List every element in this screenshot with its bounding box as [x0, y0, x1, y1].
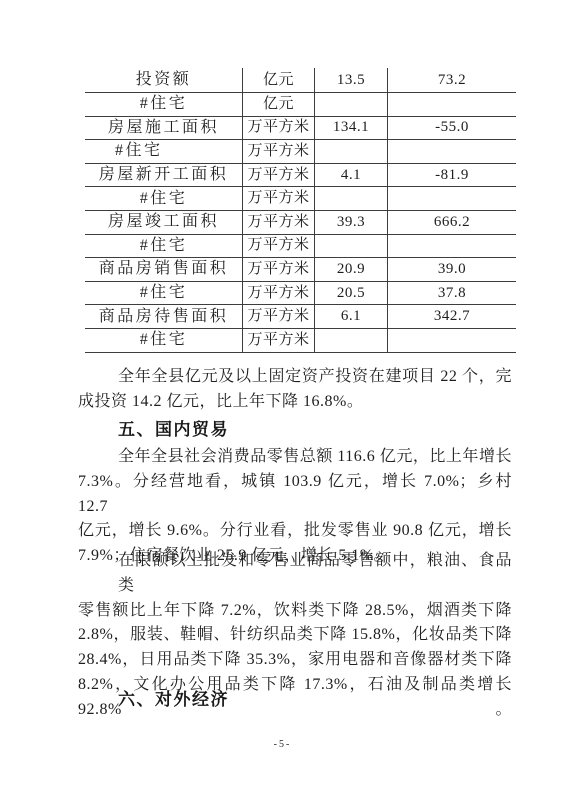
- indicator-cell: 房屋新开工面积: [85, 164, 243, 187]
- growth-cell: 39.0: [388, 258, 516, 281]
- value-cell: 39.3: [315, 211, 388, 234]
- growth-cell: -55.0: [388, 117, 516, 140]
- growth-cell: 73.2: [388, 68, 516, 92]
- document-page: 投资额 亿元 13.5 73.2 #住宅 亿元 房屋施工面积 万平方米 134.…: [0, 0, 565, 800]
- paragraph-line: 零售额比上年下降 7.2%，饮料类下降 28.5%，烟酒类下降: [78, 599, 512, 624]
- section-heading-foreign-economy: 六、对外经济: [78, 687, 512, 712]
- paragraph-line: 28.4%，日用品类下降 35.3%，家用电器和音像器材类下降: [78, 648, 512, 673]
- value-cell: 13.5: [315, 68, 388, 92]
- table-row: #住宅 亿元: [85, 93, 516, 117]
- unit-cell: 万平方米: [243, 140, 315, 163]
- growth-cell: 37.8: [388, 282, 516, 305]
- statistics-table: 投资额 亿元 13.5 73.2 #住宅 亿元 房屋施工面积 万平方米 134.…: [85, 68, 516, 353]
- table-row: 投资额 亿元 13.5 73.2: [85, 68, 516, 93]
- value-cell: 6.1: [315, 305, 388, 328]
- value-cell: [315, 187, 388, 210]
- growth-cell: -81.9: [388, 164, 516, 187]
- value-cell: [315, 329, 388, 352]
- indicator-cell: 投资额: [85, 68, 243, 92]
- value-cell: [315, 93, 388, 116]
- paragraph-line: 成投资 14.2 亿元，比上年下降 16.8%。: [78, 390, 512, 415]
- indicator-cell: 商品房销售面积: [85, 258, 243, 281]
- value-cell: [315, 140, 388, 163]
- unit-cell: 亿元: [243, 93, 315, 116]
- table-row: 房屋竣工面积 万平方米 39.3 666.2: [85, 211, 516, 235]
- unit-cell: 万平方米: [243, 117, 315, 140]
- indicator-cell: #住宅: [85, 282, 243, 305]
- table-row: #住宅 万平方米: [85, 140, 516, 164]
- indicator-cell: #住宅: [85, 329, 243, 352]
- growth-cell: [388, 93, 516, 116]
- unit-cell: 万平方米: [243, 211, 315, 234]
- table-row: 房屋施工面积 万平方米 134.1 -55.0: [85, 117, 516, 141]
- unit-cell: 万平方米: [243, 282, 315, 305]
- growth-cell: [388, 140, 516, 163]
- indicator-cell: #住宅: [85, 140, 243, 163]
- section-heading-domestic-trade: 五、国内贸易: [78, 417, 512, 442]
- indicator-cell: #住宅: [85, 187, 243, 210]
- indicator-cell: #住宅: [85, 93, 243, 116]
- table-row: 房屋新开工面积 万平方米 4.1 -81.9: [85, 164, 516, 188]
- growth-cell: 342.7: [388, 305, 516, 328]
- growth-cell: 666.2: [388, 211, 516, 234]
- unit-cell: 亿元: [243, 68, 315, 92]
- table-row: #住宅 万平方米: [85, 235, 516, 259]
- table-row: #住宅 万平方米: [85, 187, 516, 211]
- table-row: #住宅 万平方米: [85, 329, 516, 353]
- page-number: -5-: [0, 739, 565, 750]
- growth-cell: [388, 187, 516, 210]
- value-cell: 134.1: [315, 117, 388, 140]
- value-cell: [315, 235, 388, 258]
- growth-cell: [388, 235, 516, 258]
- value-cell: 20.5: [315, 282, 388, 305]
- indicator-cell: #住宅: [85, 235, 243, 258]
- indicator-cell: 房屋施工面积: [85, 117, 243, 140]
- unit-cell: 万平方米: [243, 305, 315, 328]
- value-cell: 4.1: [315, 164, 388, 187]
- unit-cell: 万平方米: [243, 329, 315, 352]
- indicator-cell: 房屋竣工面积: [85, 211, 243, 234]
- paragraph-line: 全年全县社会消费品零售总额 116.6 亿元，比上年增长: [78, 445, 512, 470]
- paragraph-line: 7.3%。分经营地看，城镇 103.9 亿元，增长 7.0%；乡村 12.7: [78, 470, 512, 520]
- table-row: 商品房销售面积 万平方米 20.9 39.0: [85, 258, 516, 282]
- unit-cell: 万平方米: [243, 235, 315, 258]
- indicator-cell: 商品房待售面积: [85, 305, 243, 328]
- paragraph-line: 亿元，增长 9.6%。分行业看，批发零售业 90.8 亿元，增长: [78, 519, 512, 544]
- unit-cell: 万平方米: [243, 164, 315, 187]
- table-row: #住宅 万平方米 20.5 37.8: [85, 282, 516, 306]
- unit-cell: 万平方米: [243, 258, 315, 281]
- unit-cell: 万平方米: [243, 187, 315, 210]
- paragraph-line: 在限额以上批发和零售业商品零售额中，粮油、食品类: [78, 549, 512, 599]
- paragraph-line: 2.8%，服装、鞋帽、针纺织品类下降 15.8%，化妆品类下降: [78, 623, 512, 648]
- growth-cell: [388, 329, 516, 352]
- paragraph-line: 全年全县亿元及以上固定资产投资在建项目 22 个，完: [78, 365, 512, 390]
- value-cell: 20.9: [315, 258, 388, 281]
- table-row: 商品房待售面积 万平方米 6.1 342.7: [85, 305, 516, 329]
- investment-note-paragraph: 全年全县亿元及以上固定资产投资在建项目 22 个，完 成投资 14.2 亿元，比…: [78, 365, 512, 415]
